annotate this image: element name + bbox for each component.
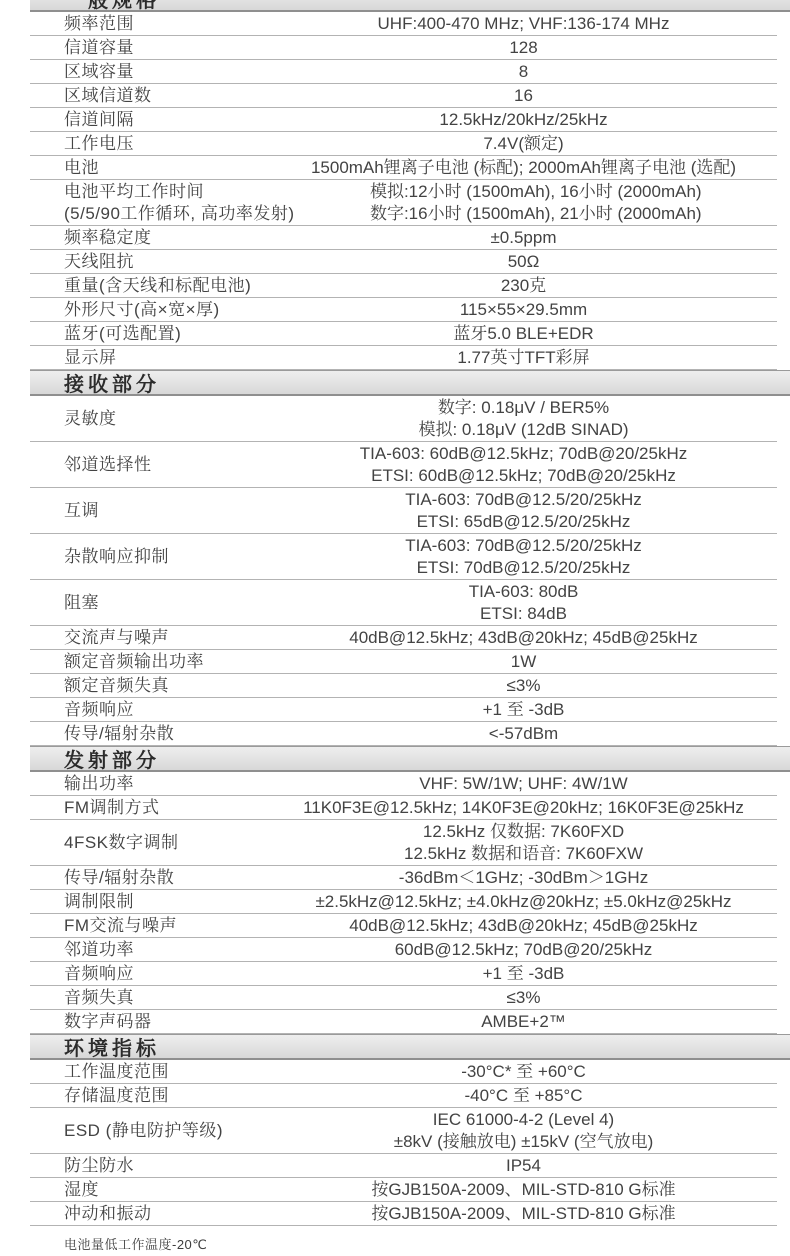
spec-label: 冲动和振动 bbox=[30, 1203, 270, 1225]
spec-label: 信道间隔 bbox=[30, 109, 270, 131]
spec-label: 邻道功率 bbox=[30, 939, 270, 961]
spec-row: 额定音频失真≤3% bbox=[30, 674, 777, 698]
spec-row: 调制限制±2.5kHz@12.5kHz; ±4.0kHz@20kHz; ±5.0… bbox=[30, 890, 777, 914]
spec-label: 4FSK数字调制 bbox=[30, 832, 270, 854]
spec-value: 16 bbox=[270, 85, 777, 107]
spec-value: -36dBm＜1GHz; -30dBm＞1GHz bbox=[270, 867, 777, 889]
spec-label: 工作电压 bbox=[30, 133, 270, 155]
spec-row: 工作温度范围-30°C* 至 +60°C bbox=[30, 1060, 777, 1084]
spec-row: 灵敏度数字: 0.18μV / BER5%模拟: 0.18μV (12dB SI… bbox=[30, 396, 777, 442]
spec-value: +1 至 -3dB bbox=[270, 699, 777, 721]
spec-row: 工作电压7.4V(额定) bbox=[30, 132, 777, 156]
spec-label: 重量(含天线和标配电池) bbox=[30, 275, 270, 297]
spec-value: 12.5kHz/20kHz/25kHz bbox=[270, 109, 777, 131]
spec-row: 冲动和振动按GJB150A-2009、MIL-STD-810 G标准 bbox=[30, 1202, 777, 1226]
spec-label: 频率范围 bbox=[30, 13, 270, 35]
spec-label: 区域容量 bbox=[30, 61, 270, 83]
spec-row: 电池1500mAh锂离子电池 (标配); 2000mAh锂离子电池 (选配) bbox=[30, 156, 777, 180]
spec-value: 8 bbox=[270, 61, 777, 83]
section-header: 发射部分 bbox=[30, 746, 790, 772]
spec-label: 工作温度范围 bbox=[30, 1061, 270, 1083]
spec-row: 频率稳定度±0.5ppm bbox=[30, 226, 777, 250]
spec-label: 输出功率 bbox=[30, 773, 270, 795]
spec-value: 1W bbox=[270, 651, 777, 673]
spec-value: TIA-603: 70dB@12.5/20/25kHzETSI: 70dB@12… bbox=[270, 535, 777, 579]
spec-row: ESD (静电防护等级)IEC 61000-4-2 (Level 4)±8kV … bbox=[30, 1108, 777, 1154]
spec-row: 传导/辐射杂散-36dBm＜1GHz; -30dBm＞1GHz bbox=[30, 866, 777, 890]
spec-label: 灵敏度 bbox=[30, 408, 270, 430]
spec-row: 显示屏1.77英寸TFT彩屏 bbox=[30, 346, 777, 370]
spec-value: 50Ω bbox=[270, 251, 777, 273]
spec-label: 传导/辐射杂散 bbox=[30, 867, 270, 889]
spec-label: 防尘防水 bbox=[30, 1155, 270, 1177]
spec-value: 115×55×29.5mm bbox=[270, 299, 777, 321]
spec-value: 128 bbox=[270, 37, 777, 59]
spec-value: -40°C 至 +85°C bbox=[270, 1085, 777, 1107]
spec-row: 4FSK数字调制12.5kHz 仅数据: 7K60FXD12.5kHz 数据和语… bbox=[30, 820, 777, 866]
spec-value: -30°C* 至 +60°C bbox=[270, 1061, 777, 1083]
spec-value: UHF:400-470 MHz; VHF:136-174 MHz bbox=[270, 13, 777, 35]
spec-label: 电池平均工作时间(5/5/90工作循环, 高功率发射) bbox=[30, 181, 295, 225]
spec-label: 交流声与噪声 bbox=[30, 627, 270, 649]
spec-value: 12.5kHz 仅数据: 7K60FXD12.5kHz 数据和语音: 7K60F… bbox=[270, 821, 777, 865]
spec-label: 外形尺寸(高×宽×厚) bbox=[30, 299, 270, 321]
spec-value: TIA-603: 80dBETSI: 84dB bbox=[270, 581, 777, 625]
section-header: 接收部分 bbox=[30, 370, 790, 396]
footnote: 电池量低工作温度-20℃ bbox=[64, 1234, 790, 1253]
spec-label: 杂散响应抑制 bbox=[30, 546, 270, 568]
spec-value: IP54 bbox=[270, 1155, 777, 1177]
spec-value: ≤3% bbox=[270, 675, 777, 697]
spec-label: 传导/辐射杂散 bbox=[30, 723, 270, 745]
spec-sheet: 一般规格频率范围UHF:400-470 MHz; VHF:136-174 MHz… bbox=[30, 0, 790, 1253]
spec-label: 调制限制 bbox=[30, 891, 270, 913]
spec-row: 区域容量8 bbox=[30, 60, 777, 84]
spec-label: 互调 bbox=[30, 500, 270, 522]
spec-label: 额定音频失真 bbox=[30, 675, 270, 697]
spec-value: AMBE+2™ bbox=[270, 1011, 777, 1033]
spec-value: 11K0F3E@12.5kHz; 14K0F3E@20kHz; 16K0F3E@… bbox=[270, 797, 777, 819]
spec-row: 信道间隔12.5kHz/20kHz/25kHz bbox=[30, 108, 777, 132]
spec-row: 输出功率VHF: 5W/1W; UHF: 4W/1W bbox=[30, 772, 777, 796]
spec-value: +1 至 -3dB bbox=[270, 963, 777, 985]
spec-label: 湿度 bbox=[30, 1179, 270, 1201]
spec-value: ≤3% bbox=[270, 987, 777, 1009]
spec-value: ±0.5ppm bbox=[270, 227, 777, 249]
spec-label: 显示屏 bbox=[30, 347, 270, 369]
spec-value: 数字: 0.18μV / BER5%模拟: 0.18μV (12dB SINAD… bbox=[270, 397, 777, 441]
spec-label: 天线阻抗 bbox=[30, 251, 270, 273]
spec-row: 交流声与噪声40dB@12.5kHz; 43dB@20kHz; 45dB@25k… bbox=[30, 626, 777, 650]
section-header: 环境指标 bbox=[30, 1034, 790, 1060]
section-header: 一般规格 bbox=[30, 0, 790, 12]
spec-row: 音频响应+1 至 -3dB bbox=[30, 962, 777, 986]
section-rows: 频率范围UHF:400-470 MHz; VHF:136-174 MHz信道容量… bbox=[30, 12, 790, 370]
spec-row: 外形尺寸(高×宽×厚)115×55×29.5mm bbox=[30, 298, 777, 322]
spec-label: 邻道选择性 bbox=[30, 454, 270, 476]
spec-label: 电池 bbox=[30, 157, 270, 179]
spec-row: 邻道选择性TIA-603: 60dB@12.5kHz; 70dB@20/25kH… bbox=[30, 442, 777, 488]
spec-value: 1.77英寸TFT彩屏 bbox=[270, 347, 777, 369]
spec-row: 信道容量128 bbox=[30, 36, 777, 60]
spec-label: 音频响应 bbox=[30, 963, 270, 985]
spec-row: 蓝牙(可选配置)蓝牙5.0 BLE+EDR bbox=[30, 322, 777, 346]
spec-value: 40dB@12.5kHz; 43dB@20kHz; 45dB@25kHz bbox=[270, 627, 777, 649]
spec-label: ESD (静电防护等级) bbox=[30, 1120, 270, 1142]
spec-label: 频率稳定度 bbox=[30, 227, 270, 249]
spec-row: 湿度按GJB150A-2009、MIL-STD-810 G标准 bbox=[30, 1178, 777, 1202]
spec-value: 按GJB150A-2009、MIL-STD-810 G标准 bbox=[270, 1203, 777, 1225]
spec-row: 邻道功率60dB@12.5kHz; 70dB@20/25kHz bbox=[30, 938, 777, 962]
spec-row: 存储温度范围-40°C 至 +85°C bbox=[30, 1084, 777, 1108]
spec-label: 阻塞 bbox=[30, 592, 270, 614]
spec-value: 60dB@12.5kHz; 70dB@20/25kHz bbox=[270, 939, 777, 961]
spec-table: 一般规格频率范围UHF:400-470 MHz; VHF:136-174 MHz… bbox=[30, 0, 790, 1226]
spec-value: TIA-603: 60dB@12.5kHz; 70dB@20/25kHzETSI… bbox=[270, 443, 777, 487]
spec-row: 音频失真≤3% bbox=[30, 986, 777, 1010]
spec-value: 40dB@12.5kHz; 43dB@20kHz; 45dB@25kHz bbox=[270, 915, 777, 937]
spec-value: VHF: 5W/1W; UHF: 4W/1W bbox=[270, 773, 777, 795]
spec-label: FM调制方式 bbox=[30, 797, 270, 819]
spec-value: 蓝牙5.0 BLE+EDR bbox=[270, 323, 777, 345]
spec-row: 杂散响应抑制TIA-603: 70dB@12.5/20/25kHzETSI: 7… bbox=[30, 534, 777, 580]
spec-label: 信道容量 bbox=[30, 37, 270, 59]
spec-row: FM调制方式11K0F3E@12.5kHz; 14K0F3E@20kHz; 16… bbox=[30, 796, 777, 820]
section-rows: 灵敏度数字: 0.18μV / BER5%模拟: 0.18μV (12dB SI… bbox=[30, 396, 790, 746]
spec-row: 音频响应+1 至 -3dB bbox=[30, 698, 777, 722]
spec-row: 天线阻抗50Ω bbox=[30, 250, 777, 274]
spec-row: 互调TIA-603: 70dB@12.5/20/25kHzETSI: 65dB@… bbox=[30, 488, 777, 534]
spec-value: ±2.5kHz@12.5kHz; ±4.0kHz@20kHz; ±5.0kHz@… bbox=[270, 891, 777, 913]
section-rows: 工作温度范围-30°C* 至 +60°C存储温度范围-40°C 至 +85°CE… bbox=[30, 1060, 790, 1226]
spec-row: 频率范围UHF:400-470 MHz; VHF:136-174 MHz bbox=[30, 12, 777, 36]
spec-row: 额定音频输出功率1W bbox=[30, 650, 777, 674]
spec-label: 存储温度范围 bbox=[30, 1085, 270, 1107]
spec-row: 阻塞TIA-603: 80dBETSI: 84dB bbox=[30, 580, 777, 626]
spec-value: 1500mAh锂离子电池 (标配); 2000mAh锂离子电池 (选配) bbox=[270, 157, 777, 179]
spec-label: 数字声码器 bbox=[30, 1011, 270, 1033]
spec-row: 区域信道数16 bbox=[30, 84, 777, 108]
spec-row: 电池平均工作时间(5/5/90工作循环, 高功率发射)模拟:12小时 (1500… bbox=[30, 180, 777, 226]
spec-row: FM交流与噪声40dB@12.5kHz; 43dB@20kHz; 45dB@25… bbox=[30, 914, 777, 938]
spec-label: 音频响应 bbox=[30, 699, 270, 721]
spec-value: 230克 bbox=[270, 275, 777, 297]
spec-label: 区域信道数 bbox=[30, 85, 270, 107]
spec-label: 音频失真 bbox=[30, 987, 270, 1009]
spec-value: <-57dBm bbox=[270, 723, 777, 745]
spec-row: 数字声码器AMBE+2™ bbox=[30, 1010, 777, 1034]
spec-label: FM交流与噪声 bbox=[30, 915, 270, 937]
section-rows: 输出功率VHF: 5W/1W; UHF: 4W/1WFM调制方式11K0F3E@… bbox=[30, 772, 790, 1034]
spec-value: 按GJB150A-2009、MIL-STD-810 G标准 bbox=[270, 1179, 777, 1201]
spec-value: 模拟:12小时 (1500mAh), 16小时 (2000mAh)数字:16小时… bbox=[295, 181, 777, 225]
spec-label: 额定音频输出功率 bbox=[30, 651, 270, 673]
spec-label: 蓝牙(可选配置) bbox=[30, 323, 270, 345]
spec-value: 7.4V(额定) bbox=[270, 133, 777, 155]
spec-value: IEC 61000-4-2 (Level 4)±8kV (接触放电) ±15kV… bbox=[270, 1109, 777, 1153]
spec-row: 防尘防水IP54 bbox=[30, 1154, 777, 1178]
spec-row: 传导/辐射杂散<-57dBm bbox=[30, 722, 777, 746]
spec-row: 重量(含天线和标配电池)230克 bbox=[30, 274, 777, 298]
spec-value: TIA-603: 70dB@12.5/20/25kHzETSI: 65dB@12… bbox=[270, 489, 777, 533]
